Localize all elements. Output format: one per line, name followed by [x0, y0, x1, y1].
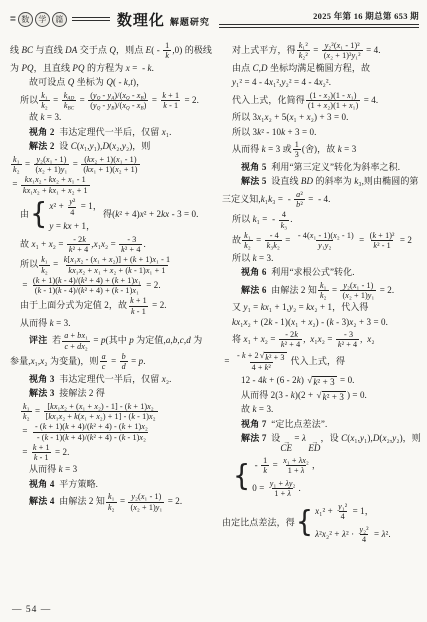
text-line: 为 PQ，且直线 PQ 的方程为 x = - k. — [10, 62, 208, 76]
text-line: k₁k₂ = [kx₁x₂ + (x₁ + x₂) - 1] - (k + 1)… — [10, 402, 208, 422]
text-line: 由定比点差法，得{x₁² + y₁²4 = 1，λ²x₂² + λ² · y₂²… — [222, 501, 420, 546]
text-line: 视角 5 利用“第三定义”转化为斜率之积. — [222, 161, 420, 175]
text-line: 故k₁k₂ = - 4k₃k₂ = - 4(x₁ - 1)(x₂ - 1)y₁y… — [222, 231, 420, 251]
text-line: 评注 若a + bx₁c + dx₂ = p(其中 p 为定值,a,b,c,d … — [10, 331, 208, 351]
text-line: 解法 7 设→CE = λ →ED，设 C(x₁,y₁),D(x₂,y₂)，则 — [222, 432, 420, 453]
text-line: = k + 1k - 1 = 2. — [10, 443, 208, 463]
text-line: 解法 6 由解法 2 知k₁k₂ = y₂(x₁ - 1)(x₂ + 1)y₁ … — [222, 281, 420, 301]
text-line: 解法 2 设 C(x₁,y₁),D(x₂,y₂)，则 — [10, 140, 208, 154]
journal-title: 数理化 解题研究 — [117, 9, 210, 30]
text-line: 从而得 2(3 - k)(2 + √k² + 3) = 0. — [222, 389, 420, 403]
text-line: 又 y₁ = kx₁ + 1,y₂ = kx₂ + 1，代入得 — [222, 301, 420, 315]
text-line: = kx₁x₂ - kx₂ + x₁ - 1kx₁x₂ + kx₁ + x₂ +… — [10, 175, 208, 195]
text-line: = (k + 1)(k - 4)/(k² + 4) + (k + 1)x₁(k … — [10, 276, 208, 296]
journal-section-logo: 数 学 篇 — [18, 12, 67, 27]
left-column: 线 BC 与直线 DA 交于点 Q，则点 E( - 1k,0) 的极线为 PQ，… — [10, 40, 208, 547]
right-column: 对上式平方，得k₁²k₂² = y₂²(x₁ - 1)²(x₂ + 1)²y₁²… — [222, 40, 420, 547]
badge-prefix: = — [10, 14, 16, 25]
text-line: 故 k = 3. — [10, 111, 208, 125]
text-line: 由点 C,D 坐标均满足椭圆方程，故 — [222, 62, 420, 76]
text-line: 线 BC 与直线 DA 交于点 Q，则点 E( - 1k,0) 的极线 — [10, 41, 208, 61]
text-line: 所以 3x₁x₂ + 5(x₁ + x₂) + 3 = 0. — [222, 111, 420, 125]
text-line: 解法 4 由解法 2 知k₁k₂ = y₂(x₁ - 1)(x₂ + 1)y₁ … — [10, 492, 208, 512]
text-line: 所以 k = 3. — [222, 252, 420, 266]
text-line: 三定义知,k₁k₃ = - a²b² = - 4. — [222, 190, 420, 210]
text-line: 所以k₁k₂ = k[x₁x₂ - (x₁ + x₂)] + (k + 1)x₁… — [10, 255, 208, 275]
header-rule-right — [219, 24, 419, 29]
text-line: 将 x₁ + x₂ = - 2kk² + 4, x₁x₂ = - 3k² + 4… — [222, 330, 420, 350]
text-line: 视角 3 韦达定理代一半后，仅留 x₂. — [10, 373, 208, 387]
text-line: 视角 4 平方策略. — [10, 478, 208, 492]
badge-circle-icon: 数 — [18, 12, 33, 27]
journal-title-sub: 解题研究 — [170, 15, 210, 28]
badge-circle-icon: 学 — [35, 12, 50, 27]
text-line: y₁² = 4 - 4x₁²,y₂² = 4 - 4x₂². — [222, 76, 420, 90]
text-line: k₁k₂ = y₂(x₁ - 1)(x₂ + 1)y₁ = (kx₂ + 1)(… — [10, 155, 208, 175]
text-line: 故 x₁ + x₂ = - 2kk² + 4,x₁x₂ = - 3k² + 4. — [10, 235, 208, 255]
text-line: 由于上面分式为定值 2，故k + 1k - 1 = 2. — [10, 296, 208, 316]
text-line: { - 1k = x₁ + λx₂1 + λ，0 = y₁ + λy₂1 + λ… — [222, 454, 420, 499]
badge-circle-icon: 篇 — [52, 12, 67, 27]
page-number: — 54 — — [12, 605, 51, 615]
text-line: 视角 6 利用“求根公式”转化. — [222, 266, 420, 280]
header-right-block: 2025 年第 16 期总第 653 期 — [219, 10, 419, 29]
text-line: 所以 3k² - 10k + 3 = 0. — [222, 126, 420, 140]
text-line: 所以k₁k₂ = kADkBC = (yQ - yA)/(xQ - xB)(yQ… — [10, 91, 208, 111]
text-line: = - k + 2√k² + 34 + k²代入上式，得 — [222, 351, 420, 373]
text-line: 所以 k₁ = - 4k₃. — [222, 210, 420, 230]
text-line: 从而得 k = 3 — [10, 463, 208, 477]
text-line: 12 - 4k + (6 - 2k) √k² + 3 = 0. — [222, 374, 420, 388]
text-line: kx₁x₂ + (2k - 1)(x₁ + x₂) - (k - 3)x₂ + … — [222, 316, 420, 330]
journal-page: = 数 学 篇 数理化 解题研究 2025 年第 16 期总第 653 期 线 … — [0, 0, 427, 622]
header-rule-left — [72, 17, 110, 22]
text-line: 视角 7 “定比点差法”. — [222, 418, 420, 432]
text-line: 解法 3 接解法 2 得 — [10, 387, 208, 401]
text-line: 故 k = 3. — [222, 403, 420, 417]
text-line: = - (k + 1)(k + 4)/(k² + 4) - (k + 1)x₂ … — [10, 422, 208, 442]
journal-title-main: 数理化 — [117, 9, 165, 30]
text-line: 从而得 k = 3 或13(舍)，故 k = 3 — [222, 140, 420, 160]
text-line: 由{x² + y²4 = 1，y = kx + 1，得(k² + 4)x² + … — [10, 196, 208, 234]
text-line: 从而得 k = 3. — [10, 317, 208, 331]
text-line: 对上式平方，得k₁²k₂² = y₂²(x₁ - 1)²(x₂ + 1)²y₁²… — [222, 41, 420, 61]
text-line: 代入上式，化简得(1 - x₂)(1 - x₁)(1 + x₂)(1 + x₁)… — [222, 91, 420, 111]
text-line: 视角 2 韦达定理代一半后，仅留 x₁. — [10, 126, 208, 140]
text-line: 参量,x₁,x₂ 为变量)，则ac = bd = p. — [10, 352, 208, 372]
text-line: 故可设点 Q 坐标为 Q( - k,t)， — [10, 76, 208, 90]
article-body: 线 BC 与直线 DA 交于点 Q，则点 E( - 1k,0) 的极线为 PQ，… — [10, 40, 419, 547]
issue-info: 2025 年第 16 期总第 653 期 — [219, 10, 419, 22]
page-header: = 数 学 篇 数理化 解题研究 2025 年第 16 期总第 653 期 — [10, 7, 419, 31]
text-line: 解法 5 设直线 BD 的斜率为 k₃,则由椭圆的第 — [222, 175, 420, 189]
